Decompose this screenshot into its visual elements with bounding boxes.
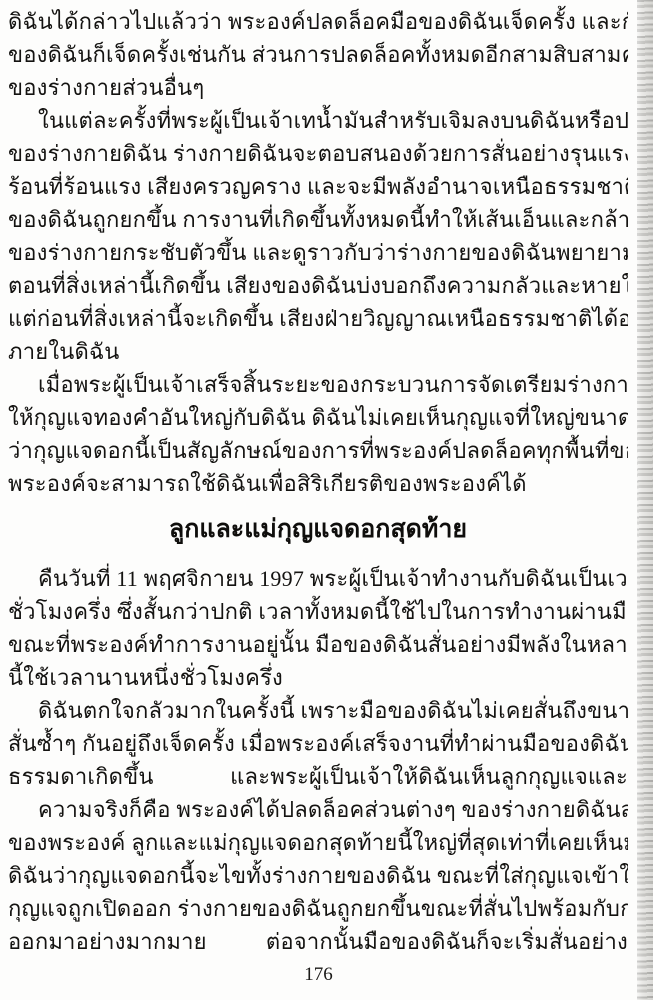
text-line: เมื่อพระผู้เป็นเจ้าเสร็จสิ้นระยะของกระบว… — [8, 368, 628, 401]
page-number: 176 — [0, 964, 637, 986]
text-line: ภายในดิฉัน — [8, 335, 628, 368]
paragraph: ในแต่ละครั้งที่พระผู้เป็นเจ้าเทน้ำมันสำห… — [8, 104, 628, 368]
paragraph: เมื่อพระผู้เป็นเจ้าเสร็จสิ้นระยะของกระบว… — [8, 368, 628, 500]
paragraph: ความจริงก็คือ พระองค์ได้ปลดล็อคส่วนต่างๆ… — [8, 793, 628, 958]
section-heading: ลูกและแม่กุญแจดอกสุดท้าย — [8, 512, 628, 546]
page-text: ดิฉันได้กล่าวไปแล้วว่า พระองค์ปลดล็อคมือ… — [8, 5, 628, 958]
text-line: ดิฉันตกใจกลัวมากในครั้งนี้ เพราะมือของดิ… — [8, 694, 628, 727]
text-line: ดิฉันได้กล่าวไปแล้วว่า พระองค์ปลดล็อคมือ… — [8, 5, 628, 38]
text-line: ให้กุญแจทองคำอันใหญ่กับดิฉัน ดิฉันไม่เคย… — [8, 401, 628, 434]
text-line: สั่นซ้ำๆ กันอยู่ถึงเจ็ดครั้ง เมื่อพระองค… — [8, 727, 628, 760]
text-line: ในแต่ละครั้งที่พระผู้เป็นเจ้าเทน้ำมันสำห… — [8, 104, 628, 137]
text-line: นี้ใช้เวลานานหนึ่งชั่วโมงครึ่ง — [8, 661, 628, 694]
text-line: ของดิฉันถูกยกขึ้น การงานที่เกิดขึ้นทั้งห… — [8, 203, 628, 236]
text-line: ธรรมดาเกิดขึ้น และพระผู้เป็นเจ้าให้ดิฉัน… — [8, 760, 628, 793]
text-line: ของร่างกายส่วนอื่นๆ — [8, 71, 628, 104]
text-line: แต่ก่อนที่สิ่งเหล่านี้จะเกิดขึ้น เสียงฝ่… — [8, 302, 628, 335]
paragraph: คืนวันที่ 11 พฤศจิกายน 1997 พระผู้เป็นเจ… — [8, 562, 628, 694]
paragraph: ดิฉันได้กล่าวไปแล้วว่า พระองค์ปลดล็อคมือ… — [8, 5, 628, 104]
book-page: ดิฉันได้กล่าวไปแล้วว่า พระองค์ปลดล็อคมือ… — [0, 0, 653, 1000]
scan-edge-texture — [637, 0, 653, 1000]
text-line: ของร่างกายกระชับตัวขึ้น และดูราวกับว่าร่… — [8, 236, 628, 269]
paragraph: ดิฉันตกใจกลัวมากในครั้งนี้ เพราะมือของดิ… — [8, 694, 628, 793]
text-line: ว่ากุญแจดอกนี้เป็นสัญลักษณ์ของการที่พระอ… — [8, 434, 628, 467]
text-line: พระองค์จะสามารถใช้ดิฉันเพื่อสิริเกียรติข… — [8, 467, 628, 500]
text-line: ของร่างกายดิฉัน ร่างกายดิฉันจะตอบสนองด้ว… — [8, 137, 628, 170]
text-line: ขณะที่พระองค์ทำการงานอยู่นั้น มือของดิฉั… — [8, 628, 628, 661]
text-line: ความจริงก็คือ พระองค์ได้ปลดล็อคส่วนต่างๆ… — [8, 793, 628, 826]
text-line: กุญแจถูกเปิดออก ร่างกายของดิฉันถูกยกขึ้น… — [8, 892, 628, 925]
text-line: ร้อนที่ร้อนแรง เสียงครวญคราง และจะมีพลัง… — [8, 170, 628, 203]
text-line: ตอนที่สิ่งเหล่านี้เกิดขึ้น เสียงของดิฉัน… — [8, 269, 628, 302]
text-line: คืนวันที่ 11 พฤศจิกายน 1997 พระผู้เป็นเจ… — [8, 562, 628, 595]
text-line: ดิฉันว่ากุญแจดอกนี้จะไขทั้งร่างกายของดิฉ… — [8, 859, 628, 892]
text-line: ออกมาอย่างมากมาย ต่อจากนั้นมือของดิฉันก็… — [8, 925, 628, 958]
text-line: ของดิฉันก็เจ็ดครั้งเช่นกัน ส่วนการปลดล็อ… — [8, 38, 628, 71]
text-line: ชั่วโมงครึ่ง ซึ่งสั้นกว่าปกติ เวลาทั้งหม… — [8, 595, 628, 628]
text-line: ของพระองค์ ลูกและแม่กุญแจดอกสุดท้ายนี้ให… — [8, 826, 628, 859]
